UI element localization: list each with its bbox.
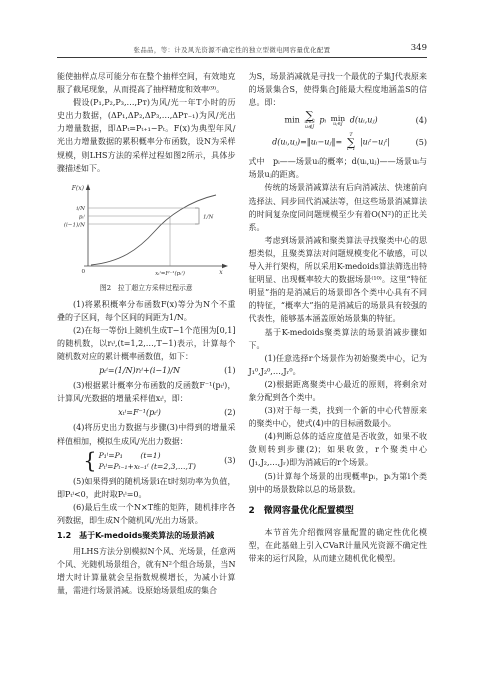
page-header: 张品品，等：计及风光资源不确定性的独立型微电网容量优化配置 349 xyxy=(57,45,427,57)
interval-bracket-icon xyxy=(195,208,199,224)
step-item: (4)将历史出力数据与步骤(3)中得到的增量采样值相加，模拟生成风/光出力数据： xyxy=(57,421,236,447)
right-column: 为S，场景消减就是寻找一个最优的子集J代表原来的场景集合S，使得集合J能最大程度… xyxy=(249,70,428,597)
paragraph-lhs-intro: 能使抽样点尽可能分布在整个抽样空间，有效地克服了截尾现象，从而提高了抽样精度和效… xyxy=(57,70,236,96)
step-item: (1)任意选择r个场景作为初始聚类中心，记为J₁⁰,J₂⁰,…,Jᵣ⁰。 xyxy=(249,352,428,378)
running-head-title: 张品品，等：计及风光资源不确定性的独立型微电网容量优化配置 xyxy=(77,45,387,54)
lhs-cdf-plot: F(x) i/N pₜⁱ (i−1)/N 1/N 0 xₜⁱ=F⁻¹(pₜⁱ) … xyxy=(58,180,234,283)
sum-lower-limit: t=1 xyxy=(347,147,356,152)
x-point-label: xₜⁱ=F⁻¹(pₜⁱ) xyxy=(155,270,185,277)
heading-section-1-2: 1.2 基于K-medoids聚类算法的场景消减 xyxy=(57,529,236,543)
step-item: (4)判断总体的适应度值是否收敛，如果不收敛则转到步骤(2)；如果收敛，r个聚类… xyxy=(249,430,428,469)
equation-2-body: xₜⁱ=F⁻¹(pₜⁱ) xyxy=(57,407,222,418)
step-item: (5)计算每个场景的出现概率pᵢ，pᵢ为第i个类别中的场景数除以总的场景数。 xyxy=(249,470,428,496)
summation-symbol: T ∑ t=1 xyxy=(347,133,356,152)
step-item: (2)在每一等份i上随机生成T−1个范围为[0,1]的随机数，以rₜⁱ,(t=1… xyxy=(57,324,236,363)
x-axis-label: x xyxy=(220,269,224,276)
y-axis-arrow-icon xyxy=(86,184,90,190)
paragraph-kmedoids-rationale: 考虑到场景消减和聚类算法寻找聚类中心的思想类似，且聚类算法对问题规模变化不敏感，… xyxy=(249,234,428,326)
equation-4-number: (4) xyxy=(416,115,427,126)
step-item: (1)将累积概率分布函数F(x)等分为N个不重叠的子区间，每个区间的间距为1/N… xyxy=(57,298,236,324)
paragraph-section-2-intro: 本节首先介绍微网容量配置的确定性优化模型，在此基础上引入CVaR计量风光资源不确… xyxy=(249,526,428,565)
step-item: (5)如果得到的随机场景i在t时刻功率为负值，即Pₜⁱ<0，此时取Pₜⁱ=0。 xyxy=(57,475,236,501)
level-bottom-label: (i−1)/N xyxy=(64,221,86,228)
interval-label: 1/N xyxy=(203,214,214,220)
step-item: (2)根据距离聚类中心最近的原则，将剩余对象分配到各个类中。 xyxy=(249,378,428,404)
equation-2: xₜⁱ=F⁻¹(pₜⁱ) (2) xyxy=(57,407,236,418)
equation-5-number: (5) xyxy=(416,137,427,148)
step-item: (3)根据累计概率分布函数的反函数F⁻¹(pₜⁱ)，计算风/光数据的增量采样值x… xyxy=(57,379,236,405)
equation-1-body: pₜⁱ=(1/N)rₜⁱ+(i−1)/N xyxy=(57,365,222,376)
equation-3: { P₁ⁱ=P₁ (t=1) Pₜⁱ=Pₜ₋₁+xₜ₋₁ⁱ (t=2,3,…,T… xyxy=(57,450,236,472)
equation-1-number: (1) xyxy=(224,365,235,376)
paragraph-steps-intro: 基于K-medoids聚类算法的场景消减步骤如下。 xyxy=(249,326,428,352)
inner-min-operator: min uⱼ∈J xyxy=(331,115,346,127)
min-limit: uⱼ∈J xyxy=(333,122,342,127)
header-rule xyxy=(57,57,427,58)
equation-4: min ∑ uᵢ∈S uᵢ∉J pᵢ min uⱼ∈J d(uᵢ,uⱼ) (4) xyxy=(249,111,428,130)
origin-label: 0 xyxy=(82,269,86,275)
paragraph-where-clause: 式中 pᵢ——场景uᵢ的概率；d(uᵢ,uⱼ)——场景uᵢ与场景uⱼ的距离。 xyxy=(249,155,428,181)
equation-4-prob-term: pᵢ xyxy=(319,116,326,125)
paragraph-traditional-methods: 传统的场景消减算法有后向消减法、快速前向选择法、同步回代消减法等，但这些场景消减… xyxy=(249,181,428,233)
equation-1: pₜⁱ=(1/N)rₜⁱ+(i−1)/N (1) xyxy=(57,365,236,376)
summation-symbol: ∑ uᵢ∈S uᵢ∉J xyxy=(304,111,314,130)
paragraph-assumption: 假设(P₁,P₂,P₃,…,Pᴛ)为风/光一年T小时的历史出力数据，(ΔP₁,Δ… xyxy=(57,96,236,175)
paragraph-scenario-reduction: 用LHS方法分别模拟N个风、光场景，任意两个风、光随机场景组合，就有N²个组合场… xyxy=(57,545,236,597)
equation-4-min: min xyxy=(285,116,300,125)
equation-5: d(uᵢ,uⱼ)=‖uᵢ−uⱼ‖= T ∑ t=1 |uᵢᵗ−uⱼᵗ| (5) xyxy=(249,133,428,152)
x-axis-arrow-icon xyxy=(222,264,228,268)
page-number: 349 xyxy=(411,43,427,53)
level-top-label: i/N xyxy=(77,206,87,212)
two-column-body: 能使抽样点尽可能分布在整个抽样空间，有效地克服了截尾现象，从而提高了抽样精度和效… xyxy=(57,70,427,597)
equation-3-number: (3) xyxy=(224,455,235,466)
step-item: (3)对于每一类，找到一个新的中心代替原来的聚类中心，使式(4)中的目标函数最小… xyxy=(249,404,428,430)
level-mid-label: pₜⁱ xyxy=(79,213,85,220)
equation-5-rhs: |uᵢᵗ−uⱼᵗ| xyxy=(360,138,390,147)
step-item: (6)最后生成一个N×T维的矩阵，随机排序各列数据，即生成N个随机风/光出力场景… xyxy=(57,501,236,527)
paragraph-continuation: 为S，场景消减就是寻找一个最优的子集J代表原来的场景集合S，使得集合J能最大程度… xyxy=(249,70,428,109)
journal-page: 张品品，等：计及风光资源不确定性的独立型微电网容量优化配置 349 能使抽样点尽… xyxy=(0,0,480,673)
y-axis-label: F(x) xyxy=(71,185,85,192)
equation-5-lhs: d(uᵢ,uⱼ)=‖uᵢ−uⱼ‖= xyxy=(272,138,342,147)
figure-lhs-sampling: F(x) i/N pₜⁱ (i−1)/N 1/N 0 xₜⁱ=F⁻¹(pₜⁱ) … xyxy=(57,180,236,293)
equation-2-number: (2) xyxy=(224,407,235,418)
heading-section-2: 2 微网容量优化配置模型 xyxy=(249,504,428,519)
equation-3-line1: P₁ⁱ=P₁ (t=1) xyxy=(99,450,196,461)
system-brace: { xyxy=(83,451,96,471)
figure-caption: 图2 拉丁超立方采样过程示意 xyxy=(57,283,236,293)
sum-limit-2: uᵢ∉J xyxy=(305,125,314,130)
left-column: 能使抽样点尽可能分布在整个抽样空间，有效地克服了截尾现象，从而提高了抽样精度和效… xyxy=(57,70,236,597)
cdf-curve xyxy=(91,195,216,265)
equation-3-line2: Pₜⁱ=Pₜ₋₁+xₜ₋₁ⁱ (t=2,3,…,T) xyxy=(99,461,196,472)
equation-4-distance-term: d(uᵢ,uⱼ) xyxy=(350,116,378,125)
